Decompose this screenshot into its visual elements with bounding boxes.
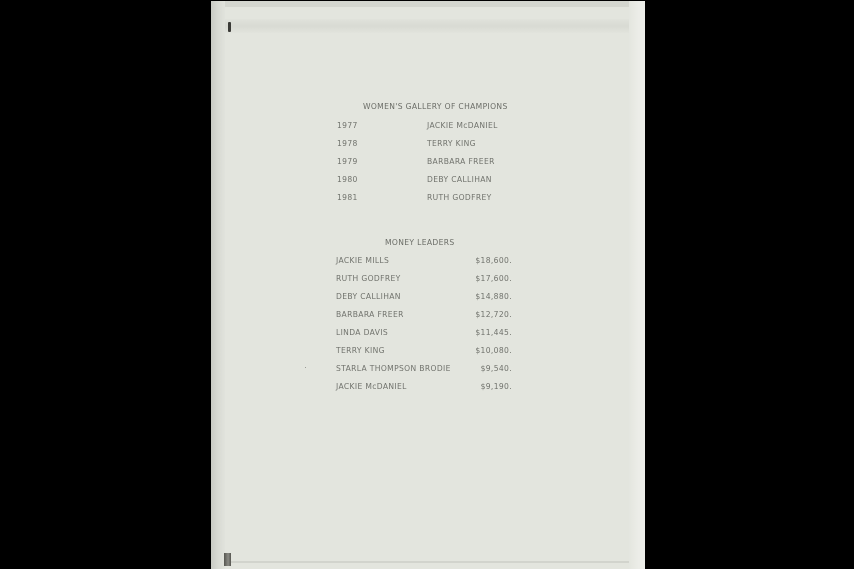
leader-amount: $12,720. [475,310,512,319]
champion-name: BARBARA FREER [427,157,495,166]
leader-name: TERRY KING [336,346,385,355]
champion-year: 1980 [337,175,358,184]
leader-name: JACKIE MILLS [336,256,389,265]
champion-year: 1977 [337,121,358,130]
leader-amount: $18,600. [475,256,512,265]
champion-name: JACKIE McDANIEL [427,121,498,130]
leader-amount: $10,080. [475,346,512,355]
money-leaders-title: MONEY LEADERS [385,238,455,247]
leader-amount: $9,540. [481,364,512,373]
leader-amount: $9,190. [481,382,512,391]
page-right-margin [629,1,645,569]
champion-year: 1978 [337,139,358,148]
binding-mark-top-icon [228,22,231,32]
champion-name: TERRY KING [427,139,476,148]
leader-name: JACKIE McDANIEL [336,382,407,391]
champion-year: 1979 [337,157,358,166]
page-top-edge [211,1,645,7]
scan-speck [305,367,306,368]
champion-name: DEBY CALLIHAN [427,175,492,184]
champions-section-title: WOMEN'S GALLERY OF CHAMPIONS [363,102,508,111]
leader-amount: $11,445. [475,328,512,337]
champion-name: RUTH GODFREY [427,193,492,202]
leader-name: DEBY CALLIHAN [336,292,401,301]
page-left-margin-shadow [211,1,225,569]
leader-name: STARLA THOMPSON BRODIE [336,364,451,373]
leader-amount: $17,600. [475,274,512,283]
binding-mark-bottom-icon [224,553,231,566]
leader-name: LINDA DAVIS [336,328,388,337]
leader-name: BARBARA FREER [336,310,404,319]
scanned-document-page: WOMEN'S GALLERY OF CHAMPIONS 1977 JACKIE… [211,1,645,569]
page-top-fold-band [225,19,629,33]
leader-name: RUTH GODFREY [336,274,401,283]
champion-year: 1981 [337,193,358,202]
leader-amount: $14,880. [475,292,512,301]
page-bottom-edge [225,561,629,563]
